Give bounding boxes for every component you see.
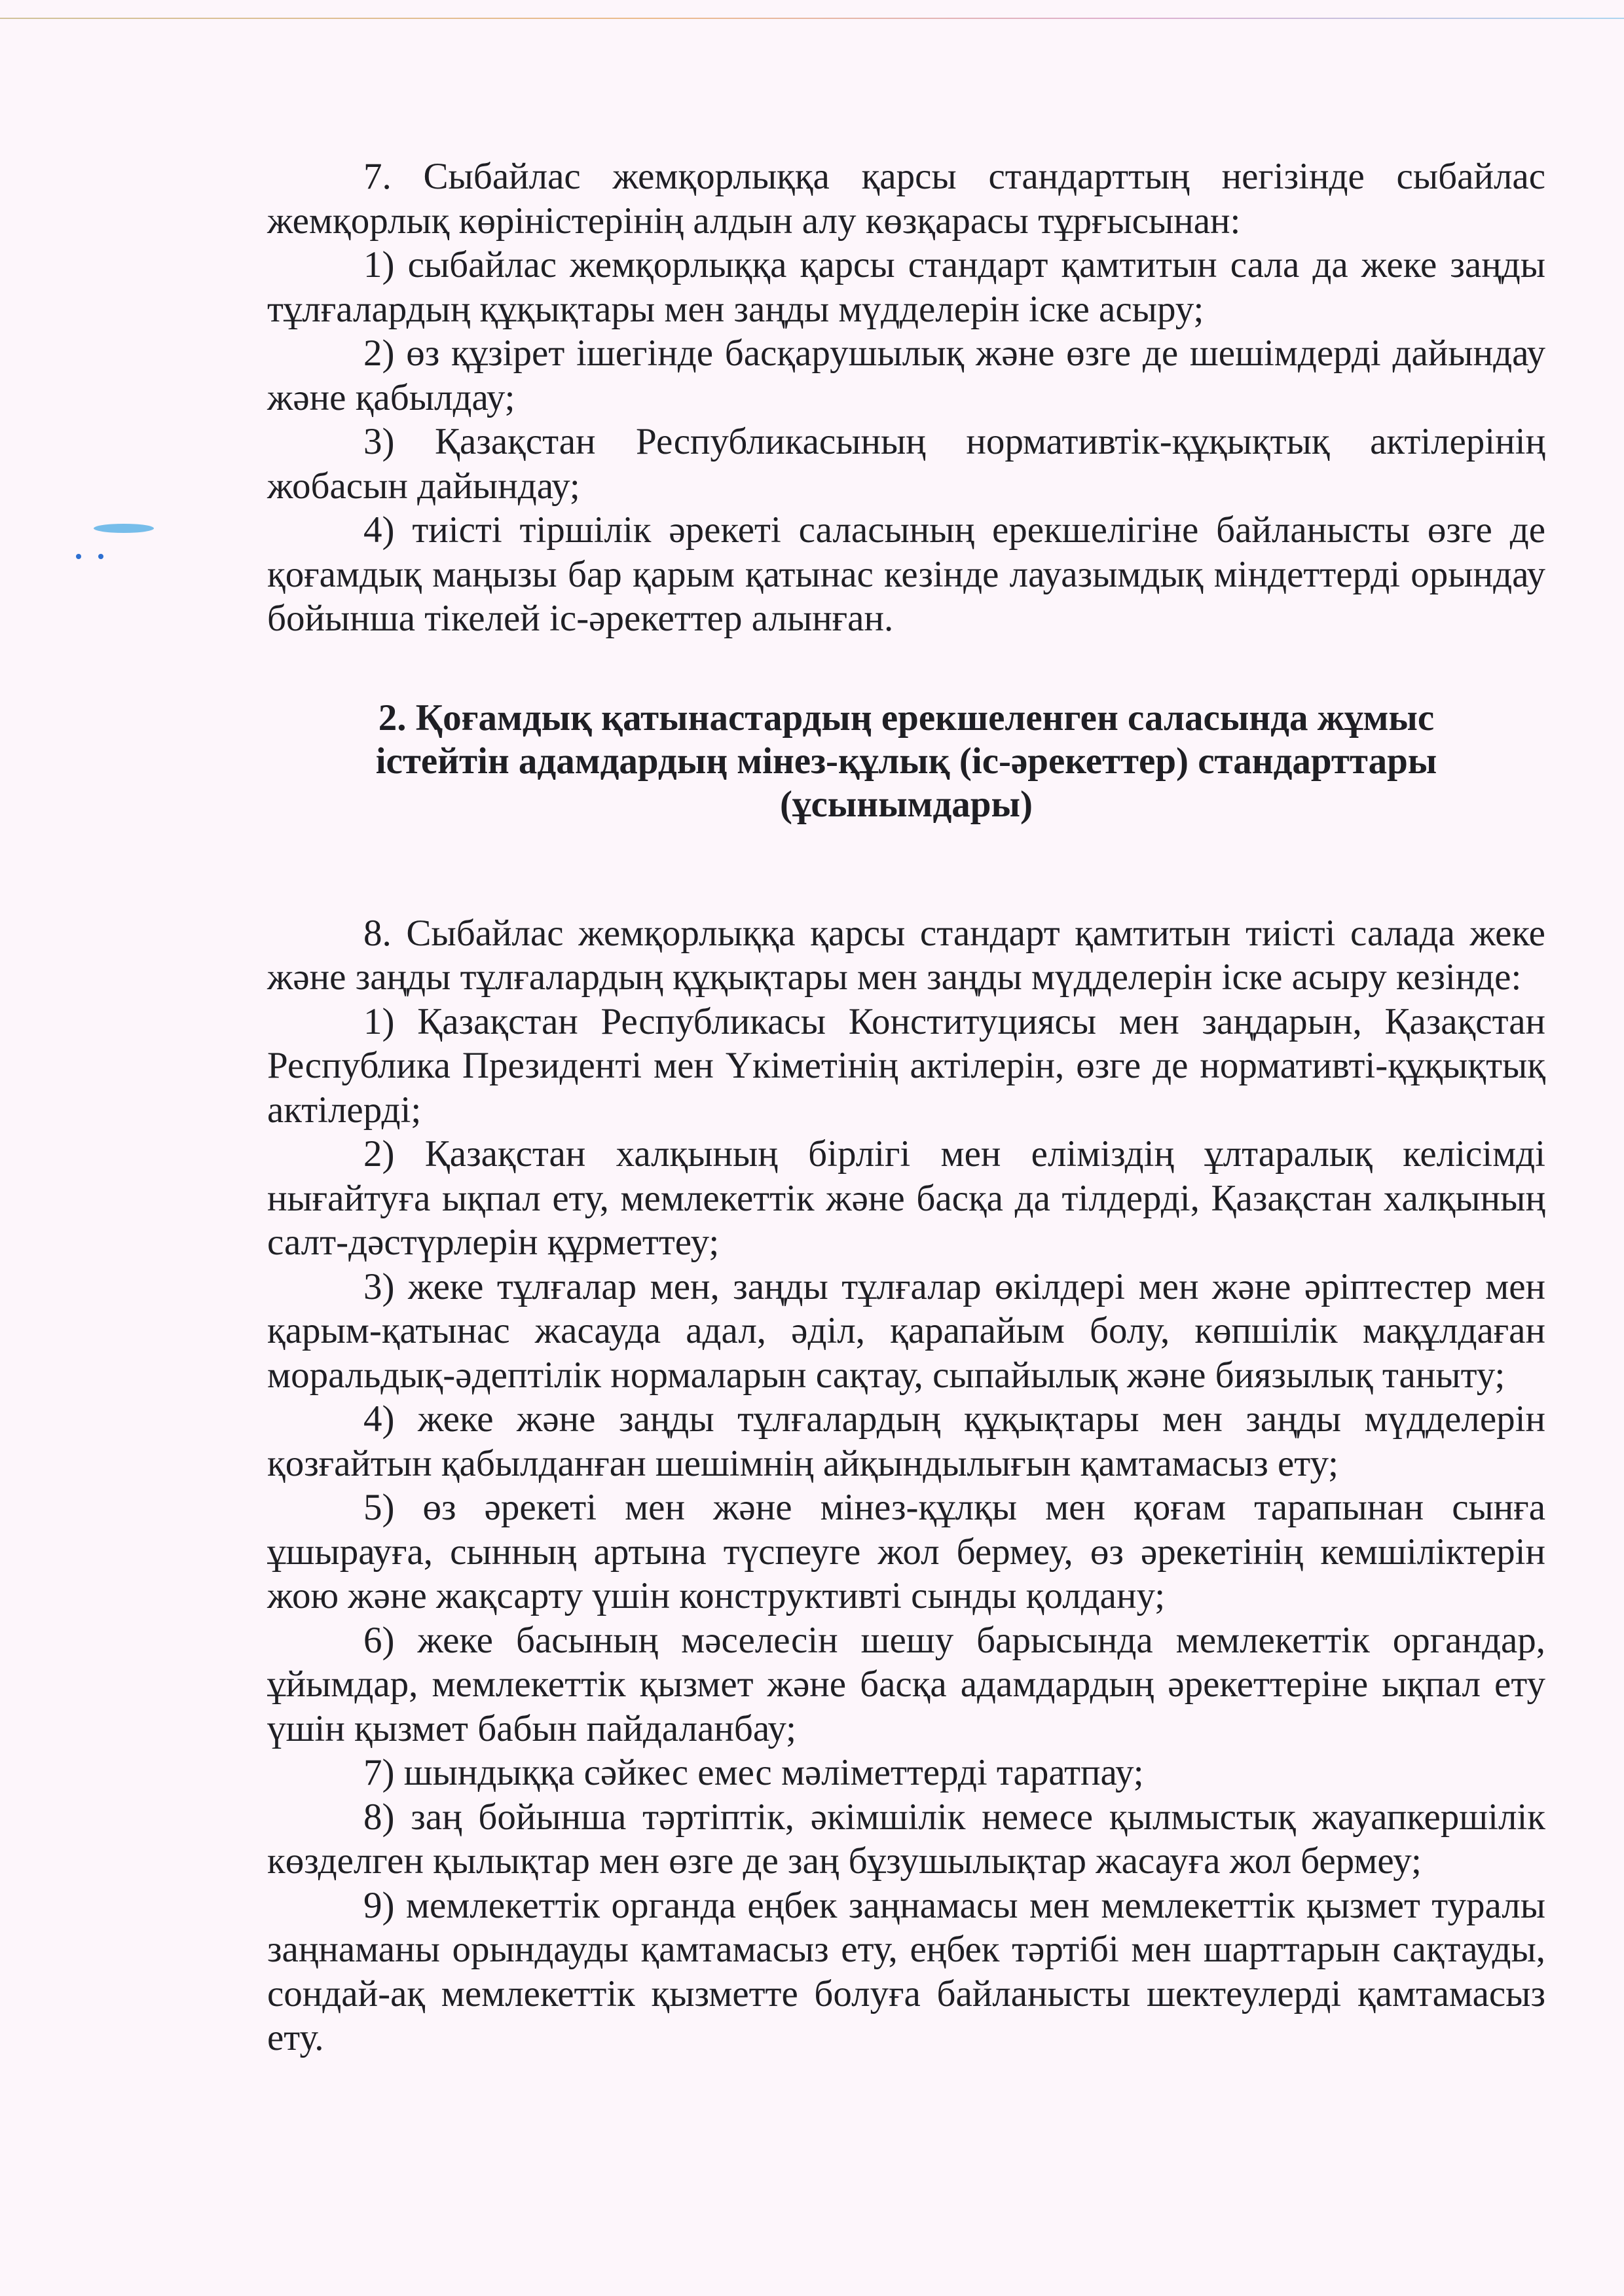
paragraph-8-item-7: 7) шындыққа сәйкес емес мәліметтерді тар… [267,1751,1545,1795]
paragraph-8-item-9: 9) мемлекеттік органда еңбек заңнамасы м… [267,1884,1545,2060]
paragraph-8-item-4: 4) жеке және заңды тұлғалардың құқықтары… [267,1397,1545,1485]
section-2-heading: 2. Қоғамдық қатынастардың ерекшеленген с… [267,697,1545,826]
paragraph-8: 8. Сыбайлас жемқорлыққа қарсы стандарт қ… [267,911,1545,2060]
paragraph-8-item-3: 3) жеке тұлғалар мен, заңды тұлғалар өкі… [267,1265,1545,1398]
paragraph-7-item-1: 1) сыбайлас жемқорлыққа қарсы стандарт қ… [267,243,1545,331]
paragraph-8-item-1: 1) Қазақстан Республикасы Конституциясы … [267,1000,1545,1133]
spacer [267,826,1545,911]
ink-mark [94,524,154,533]
ink-dot [76,554,81,559]
paragraph-8-item-5: 5) өз әрекеті мен және мінез-құлқы мен қ… [267,1485,1545,1618]
spacer [267,641,1545,697]
paragraph-8-item-8: 8) заң бойынша тәртіптік, әкімшілік неме… [267,1795,1545,1884]
paragraph-8-intro: 8. Сыбайлас жемқорлыққа қарсы стандарт қ… [267,911,1545,1000]
paragraph-7-item-2: 2) өз құзірет ішегінде басқарушылық және… [267,331,1545,420]
paragraph-7-intro: 7. Сыбайлас жемқорлыққа қарсы стандартты… [267,155,1545,243]
document-page: 7. Сыбайлас жемқорлыққа қарсы стандартты… [267,155,1545,2060]
paragraph-8-item-6: 6) жеке басының мәселесін шешу барысында… [267,1618,1545,1751]
heading-line-3: (ұсынымдары) [780,784,1033,825]
ink-dot [98,554,103,559]
heading-line-1: 2. Қоғамдық қатынастардың ерекшеленген с… [378,697,1434,738]
paragraph-7-item-3: 3) Қазақстан Республикасының нормативтік… [267,420,1545,508]
paragraph-7-item-4: 4) тиісті тіршілік әрекеті саласының ере… [267,508,1545,641]
paragraph-7: 7. Сыбайлас жемқорлыққа қарсы стандартты… [267,155,1545,641]
paragraph-8-item-2: 2) Қазақстан халқының бірлігі мен еліміз… [267,1132,1545,1265]
heading-line-2: істейтін адамдардың мінез-құлық (іс-әрек… [376,740,1437,782]
scan-top-edge [0,18,1624,19]
